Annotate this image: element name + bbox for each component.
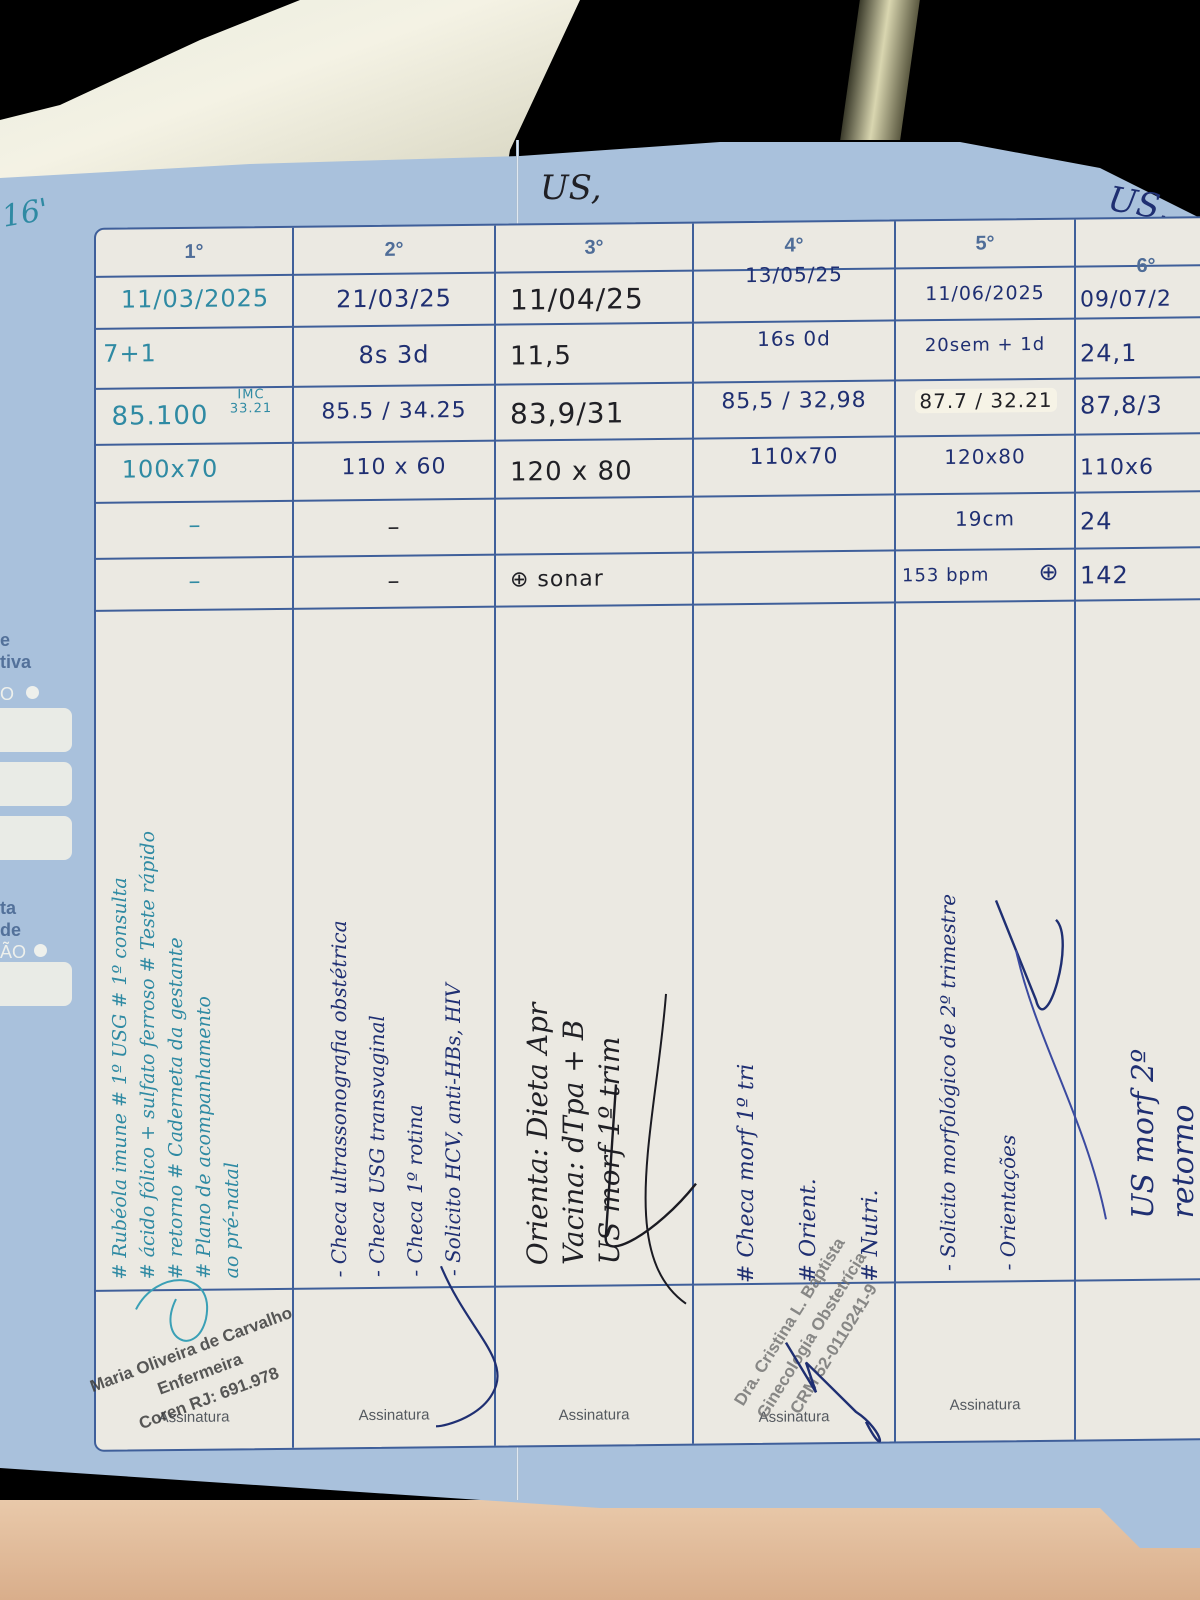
- side-field-2[interactable]: [0, 762, 72, 806]
- side-field-4[interactable]: [0, 962, 72, 1006]
- background-hand: [0, 1500, 1200, 1600]
- col3-annotation: US,: [540, 168, 602, 208]
- side-section1-option: O: [0, 684, 90, 704]
- handwritten-signatures: [96, 218, 1200, 1450]
- side-field-1[interactable]: [0, 708, 72, 752]
- side-section1-line2: tiva: [0, 652, 90, 672]
- side-radio-2[interactable]: [34, 944, 47, 957]
- side-section2-line1: ta: [0, 898, 90, 918]
- side-field-3[interactable]: [0, 816, 72, 860]
- background-trim: [840, 0, 920, 140]
- side-section1-line1: e: [0, 630, 90, 650]
- side-section2-line2: de: [0, 920, 90, 940]
- side-radio-1[interactable]: [26, 686, 39, 699]
- consultation-table: 1° 2° 3° 4° 5° 6° 11/03/2025 7+1 85.100 …: [94, 216, 1200, 1452]
